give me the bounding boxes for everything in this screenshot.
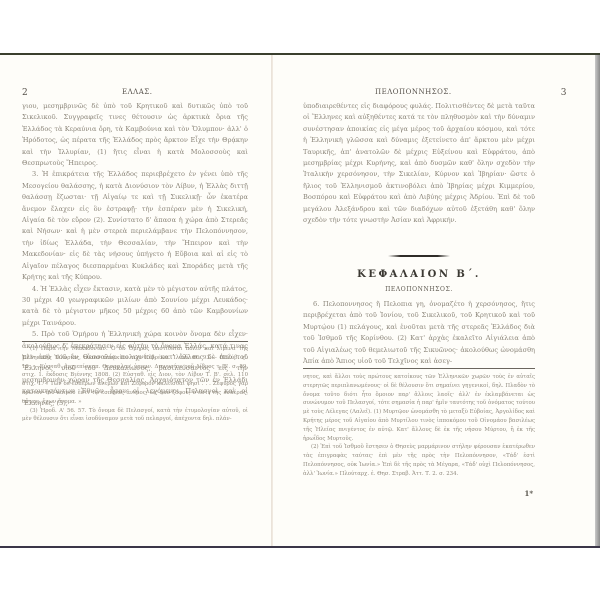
footnote-divider xyxy=(22,341,248,342)
paragraph: γιου, μεσημβρινῶς δὲ ὑπὸ τοῦ Κρητικοῦ κα… xyxy=(22,101,248,169)
paragraph: ὑποδιαιρεθέντες εἰς διαφόρους φυλάς. Πολ… xyxy=(303,101,535,226)
right-body-text-top: ὑποδιαιρεθέντες εἰς διαφόρους φυλάς. Πολ… xyxy=(303,101,535,226)
section-ornament-rule xyxy=(388,255,450,257)
paragraph-4: 4. Ἡ Ἑλλὰς εἶχεν ἔκτασιν, κατὰ μὲν τὸ μέ… xyxy=(22,284,248,330)
footnote: (3) Ἡροδ. Α' 56. 57. Τὸ ὄνομα δὲ Πελασγο… xyxy=(22,407,248,425)
paragraph-6: 6. Πελοποννησος ἢ Πελοπια γη, ὀνομαζέτο … xyxy=(303,299,535,367)
chapter-subtitle: ΠΕΛΟΠΟΝΝΗΣΟΣ. xyxy=(303,286,535,293)
footnote-divider xyxy=(303,368,535,369)
footnote: νητος, καὶ ἄλλοι τοὺς πρώτους κατοίκους … xyxy=(303,373,535,443)
page-number-left: 2 xyxy=(22,88,28,98)
footnote: (2) Ἐπὶ τοῦ Ἰσθμοῦ ἔστησεν ὁ Θησεὺς μαρμ… xyxy=(303,443,535,478)
running-head-right: ΠΕΛΟΠΟΝΝΗΣΟΣ. xyxy=(375,88,452,96)
right-footnotes: νητος, καὶ ἄλλοι τοὺς πρώτους κατοίκους … xyxy=(303,373,535,479)
left-page: 2 ΕΛΛΑΣ. γιου, μεσημβρινῶς δὲ ὑπὸ τοῦ Κρ… xyxy=(0,55,272,546)
footnote: (1) Παρὰ τὴν Μακεδονίαν. Ὁ δὲ Ὅμηρος ὑπο… xyxy=(22,345,248,407)
printer-signature-mark: 1* xyxy=(524,489,533,498)
running-head-left: ΕΛΛΑΣ. xyxy=(122,88,152,96)
right-page: ΠΕΛΟΠΟΝΝΗΣΟΣ. 3 ὑποδιαιρεθέντες εἰς διαφ… xyxy=(273,55,595,546)
chapter-title: ΚΕΦΑΛΑΙΟΝ Β΄. xyxy=(303,269,535,280)
book-spread: 2 ΕΛΛΑΣ. γιου, μεσημβρινῶς δὲ ὑπὸ τοῦ Κρ… xyxy=(0,53,600,548)
page-number-right: 3 xyxy=(561,88,567,98)
right-body-text-bottom: 6. Πελοποννησος ἢ Πελοπια γη, ὀνομαζέτο … xyxy=(303,299,535,367)
left-footnotes: (1) Παρὰ τὴν Μακεδονίαν. Ὁ δὲ Ὅμηρος ὑπο… xyxy=(22,345,248,424)
paragraph-3: 3. Ἡ ἐπικράτεια τῆς Ἑλλάδος περιεβρέχετο… xyxy=(22,169,248,283)
page-edge-shadow xyxy=(595,55,600,546)
